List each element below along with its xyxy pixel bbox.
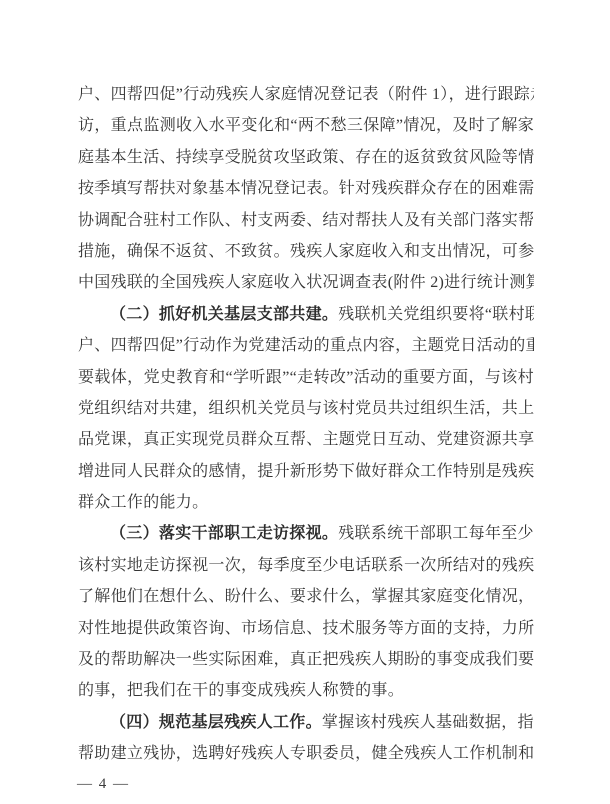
text-line: 品党课，真正实现党员群众互帮、主题党日互动、党建资源共享，	[78, 424, 534, 455]
text-line: 户、四帮四促”行动作为党建活动的重点内容，主题党日活动的重	[78, 330, 534, 361]
text-line: 了解他们在想什么、盼什么、要求什么，掌握其家庭变化情况，针	[78, 581, 534, 612]
text-line: 及的帮助解决一些实际困难，真正把残疾人期盼的事变成我们要干	[78, 644, 534, 675]
body-text: 群众工作的能力。	[78, 494, 208, 511]
body-text: 增进同人民群众的感情，提升新形势下做好群众工作特别是残疾人	[78, 463, 534, 480]
document-page: 户、四帮四促”行动残疾人家庭情况登记表（附件 1），进行跟踪走访，重点监测收入水…	[0, 0, 610, 804]
text-line: （三）落实干部职工走访探视。残联系统干部职工每年至少到	[78, 518, 534, 549]
body-text: 中国残联的全国残疾人家庭收入状况调查表(附件 2)进行统计测算。	[78, 274, 534, 291]
body-text: 户、四帮四促”行动残疾人家庭情况登记表（附件 1），进行跟踪走	[78, 86, 534, 103]
text-line: 该村实地走访探视一次，每季度至少电话联系一次所结对的残疾人，	[78, 550, 534, 581]
body-text: 对性地提供政策咨询、市场信息、技术服务等方面的支持，力所能	[78, 620, 534, 637]
body-text: 残联机关党组织要将“联村联	[338, 306, 534, 323]
text-line: 户、四帮四促”行动残疾人家庭情况登记表（附件 1），进行跟踪走	[78, 79, 534, 110]
body-text: 帮助建立残协，选聘好残疾人专职委员，健全残疾人工作机制和规	[78, 745, 534, 762]
text-line: 按季填写帮扶对象基本情况登记表。针对残疾群众存在的困难需求，	[78, 173, 534, 204]
body-text: 户、四帮四促”行动作为党建活动的重点内容，主题党日活动的重	[78, 337, 534, 354]
text-line: （四）规范基层残疾人工作。掌握该村残疾人基础数据，指导	[78, 707, 534, 738]
body-text: 了解他们在想什么、盼什么、要求什么，掌握其家庭变化情况，针	[78, 588, 534, 605]
text-line: 帮助建立残协，选聘好残疾人专职委员，健全残疾人工作机制和规	[78, 738, 534, 769]
section-heading: （四）规范基层残疾人工作。	[110, 714, 322, 731]
body-text: 措施，确保不返贫、不致贫。残疾人家庭收入和支出情况，可参照	[78, 243, 534, 260]
body-text: 访，重点监测收入水平变化和“两不愁三保障”情况，及时了解家	[78, 117, 534, 134]
body-text: 该村实地走访探视一次，每季度至少电话联系一次所结对的残疾人，	[78, 557, 534, 574]
text-line: 对性地提供政策咨询、市场信息、技术服务等方面的支持，力所能	[78, 613, 534, 644]
text-line: 要载体，党史教育和“学听跟”“走转改”活动的重要方面，与该村	[78, 362, 534, 393]
body-text: 党组织结对共建，组织机关党员与该村党员共过组织生活，共上精	[78, 400, 534, 417]
body-text: 要载体，党史教育和“学听跟”“走转改”活动的重要方面，与该村	[78, 369, 534, 386]
body-text: 及的帮助解决一些实际困难，真正把残疾人期盼的事变成我们要干	[78, 651, 534, 668]
text-line: 增进同人民群众的感情，提升新形势下做好群众工作特别是残疾人	[78, 456, 534, 487]
body-text: 品党课，真正实现党员群众互帮、主题党日互动、党建资源共享，	[78, 431, 534, 448]
text-line: 中国残联的全国残疾人家庭收入状况调查表(附件 2)进行统计测算。	[78, 267, 534, 298]
text-line: 的事，把我们在干的事变成残疾人称赞的事。	[78, 675, 534, 706]
section-heading: （三）落实干部职工走访探视。	[110, 525, 338, 542]
body-text: 掌握该村残疾人基础数据，指导	[322, 714, 534, 731]
text-line: 协调配合驻村工作队、村支两委、结对帮扶人及有关部门落实帮扶	[78, 205, 534, 236]
text-line: 党组织结对共建，组织机关党员与该村党员共过组织生活，共上精	[78, 393, 534, 424]
text-line: 访，重点监测收入水平变化和“两不愁三保障”情况，及时了解家	[78, 110, 534, 141]
body-text: 的事，把我们在干的事变成残疾人称赞的事。	[78, 682, 404, 699]
section-heading: （二）抓好机关基层支部共建。	[110, 306, 338, 323]
body-text: 按季填写帮扶对象基本情况登记表。针对残疾群众存在的困难需求，	[78, 180, 534, 197]
body-text: 庭基本生活、持续享受脱贫攻坚政策、存在的返贫致贫风险等情况，	[78, 149, 534, 166]
text-line: （二）抓好机关基层支部共建。残联机关党组织要将“联村联	[78, 299, 534, 330]
page-number: — 4 —	[77, 776, 130, 793]
document-text: 户、四帮四促”行动残疾人家庭情况登记表（附件 1），进行跟踪走访，重点监测收入水…	[78, 79, 534, 770]
body-text: 协调配合驻村工作队、村支两委、结对帮扶人及有关部门落实帮扶	[78, 212, 534, 229]
text-line: 措施，确保不返贫、不致贫。残疾人家庭收入和支出情况，可参照	[78, 236, 534, 267]
text-line: 群众工作的能力。	[78, 487, 534, 518]
text-line: 庭基本生活、持续享受脱贫攻坚政策、存在的返贫致贫风险等情况，	[78, 142, 534, 173]
body-text: 残联系统干部职工每年至少到	[338, 525, 534, 542]
